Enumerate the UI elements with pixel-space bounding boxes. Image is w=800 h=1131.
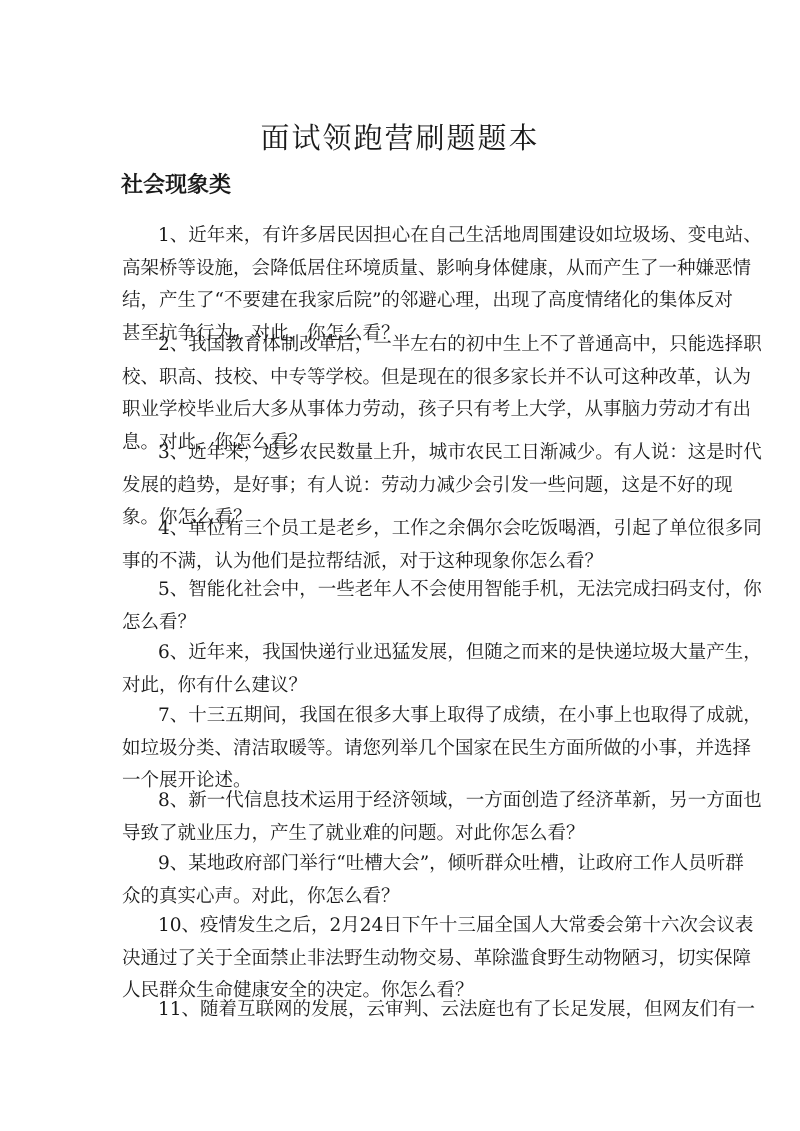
question-line: 7、十三五期间，我国在很多大事上取得了成绩，在小事上也取得了成就， <box>122 700 682 733</box>
question-line: 导致了就业压力，产生了就业难的问题。对此你怎么看？ <box>122 818 682 851</box>
section-heading: 社会现象类 <box>121 171 231 201</box>
question-9: 9、某地政府部门举行“吐槽大会”，倾听群众吐槽，让政府工作人员听群 众的真实心声… <box>122 848 682 913</box>
question-line: 发展的趋势，是好事；有人说：劳动力减少会引发一些问题，这是不好的现 <box>122 470 682 503</box>
question-6: 6、近年来，我国快递行业迅猛发展，但随之而来的是快递垃圾大量产生， 对此，你有什… <box>122 637 682 702</box>
question-10: 10、疫情发生之后，2月24日下午十三届全国人大常委会第十六次会议表 决通过了关… <box>122 910 682 1008</box>
question-7: 7、十三五期间，我国在很多大事上取得了成绩，在小事上也取得了成就， 如垃圾分类、… <box>122 700 682 798</box>
question-11: 11、随着互联网的发展，云审判、云法庭也有了长足发展，但网友们有一 <box>122 994 682 1027</box>
question-8: 8、新一代信息技术运用于经济领域，一方面创造了经济革新，另一方面也 导致了就业压… <box>122 785 682 850</box>
question-line: 决通过了关于全面禁止非法野生动物交易、革除滥食野生动物陋习，切实保障 <box>122 943 682 976</box>
question-4: 4、单位有三个员工是老乡，工作之余偶尔会吃饭喝酒，引起了单位很多同 事的不满，认… <box>122 513 682 578</box>
question-line: 如垃圾分类、清洁取暖等。请您列举几个国家在民生方面所做的小事，并选择 <box>122 733 682 766</box>
question-line: 高架桥等设施，会降低居住环境质量、影响身体健康，从而产生了一种嫌恶情 <box>122 253 682 286</box>
question-5: 5、智能化社会中，一些老年人不会使用智能手机，无法完成扫码支付，你 怎么看？ <box>122 574 682 639</box>
question-line: 怎么看？ <box>122 607 682 640</box>
question-line: 校、职高、技校、中专等学校。但是现在的很多家长并不认可这种改革，认为 <box>122 362 682 395</box>
question-line: 3、近年来，返乡农民数量上升，城市农民工日渐减少。有人说：这是时代 <box>122 437 682 470</box>
document-title: 面试领跑营刷题题本 <box>0 118 800 158</box>
question-line: 众的真实心声。对此，你怎么看？ <box>122 881 682 914</box>
question-line: 结，产生了“不要建在我家后院”的邻避心理，出现了高度情绪化的集体反对 <box>122 285 682 318</box>
question-line: 5、智能化社会中，一些老年人不会使用智能手机，无法完成扫码支付，你 <box>122 574 682 607</box>
question-line: 4、单位有三个员工是老乡，工作之余偶尔会吃饭喝酒，引起了单位很多同 <box>122 513 682 546</box>
question-line: 职业学校毕业后大多从事体力劳动，孩子只有考上大学，从事脑力劳动才有出 <box>122 394 682 427</box>
question-line: 8、新一代信息技术运用于经济领域，一方面创造了经济革新，另一方面也 <box>122 785 682 818</box>
question-line: 11、随着互联网的发展，云审判、云法庭也有了长足发展，但网友们有一 <box>122 994 682 1027</box>
question-line: 10、疫情发生之后，2月24日下午十三届全国人大常委会第十六次会议表 <box>122 910 682 943</box>
question-line: 对此，你有什么建议？ <box>122 670 682 703</box>
question-line: 2、我国教育体制改革后，一半左右的初中生上不了普通高中，只能选择职 <box>122 329 682 362</box>
question-line: 1、近年来，有许多居民因担心在自己生活地周围建设如垃圾场、变电站、 <box>122 220 682 253</box>
question-line: 6、近年来，我国快递行业迅猛发展，但随之而来的是快递垃圾大量产生， <box>122 637 682 670</box>
question-line: 9、某地政府部门举行“吐槽大会”，倾听群众吐槽，让政府工作人员听群 <box>122 848 682 881</box>
